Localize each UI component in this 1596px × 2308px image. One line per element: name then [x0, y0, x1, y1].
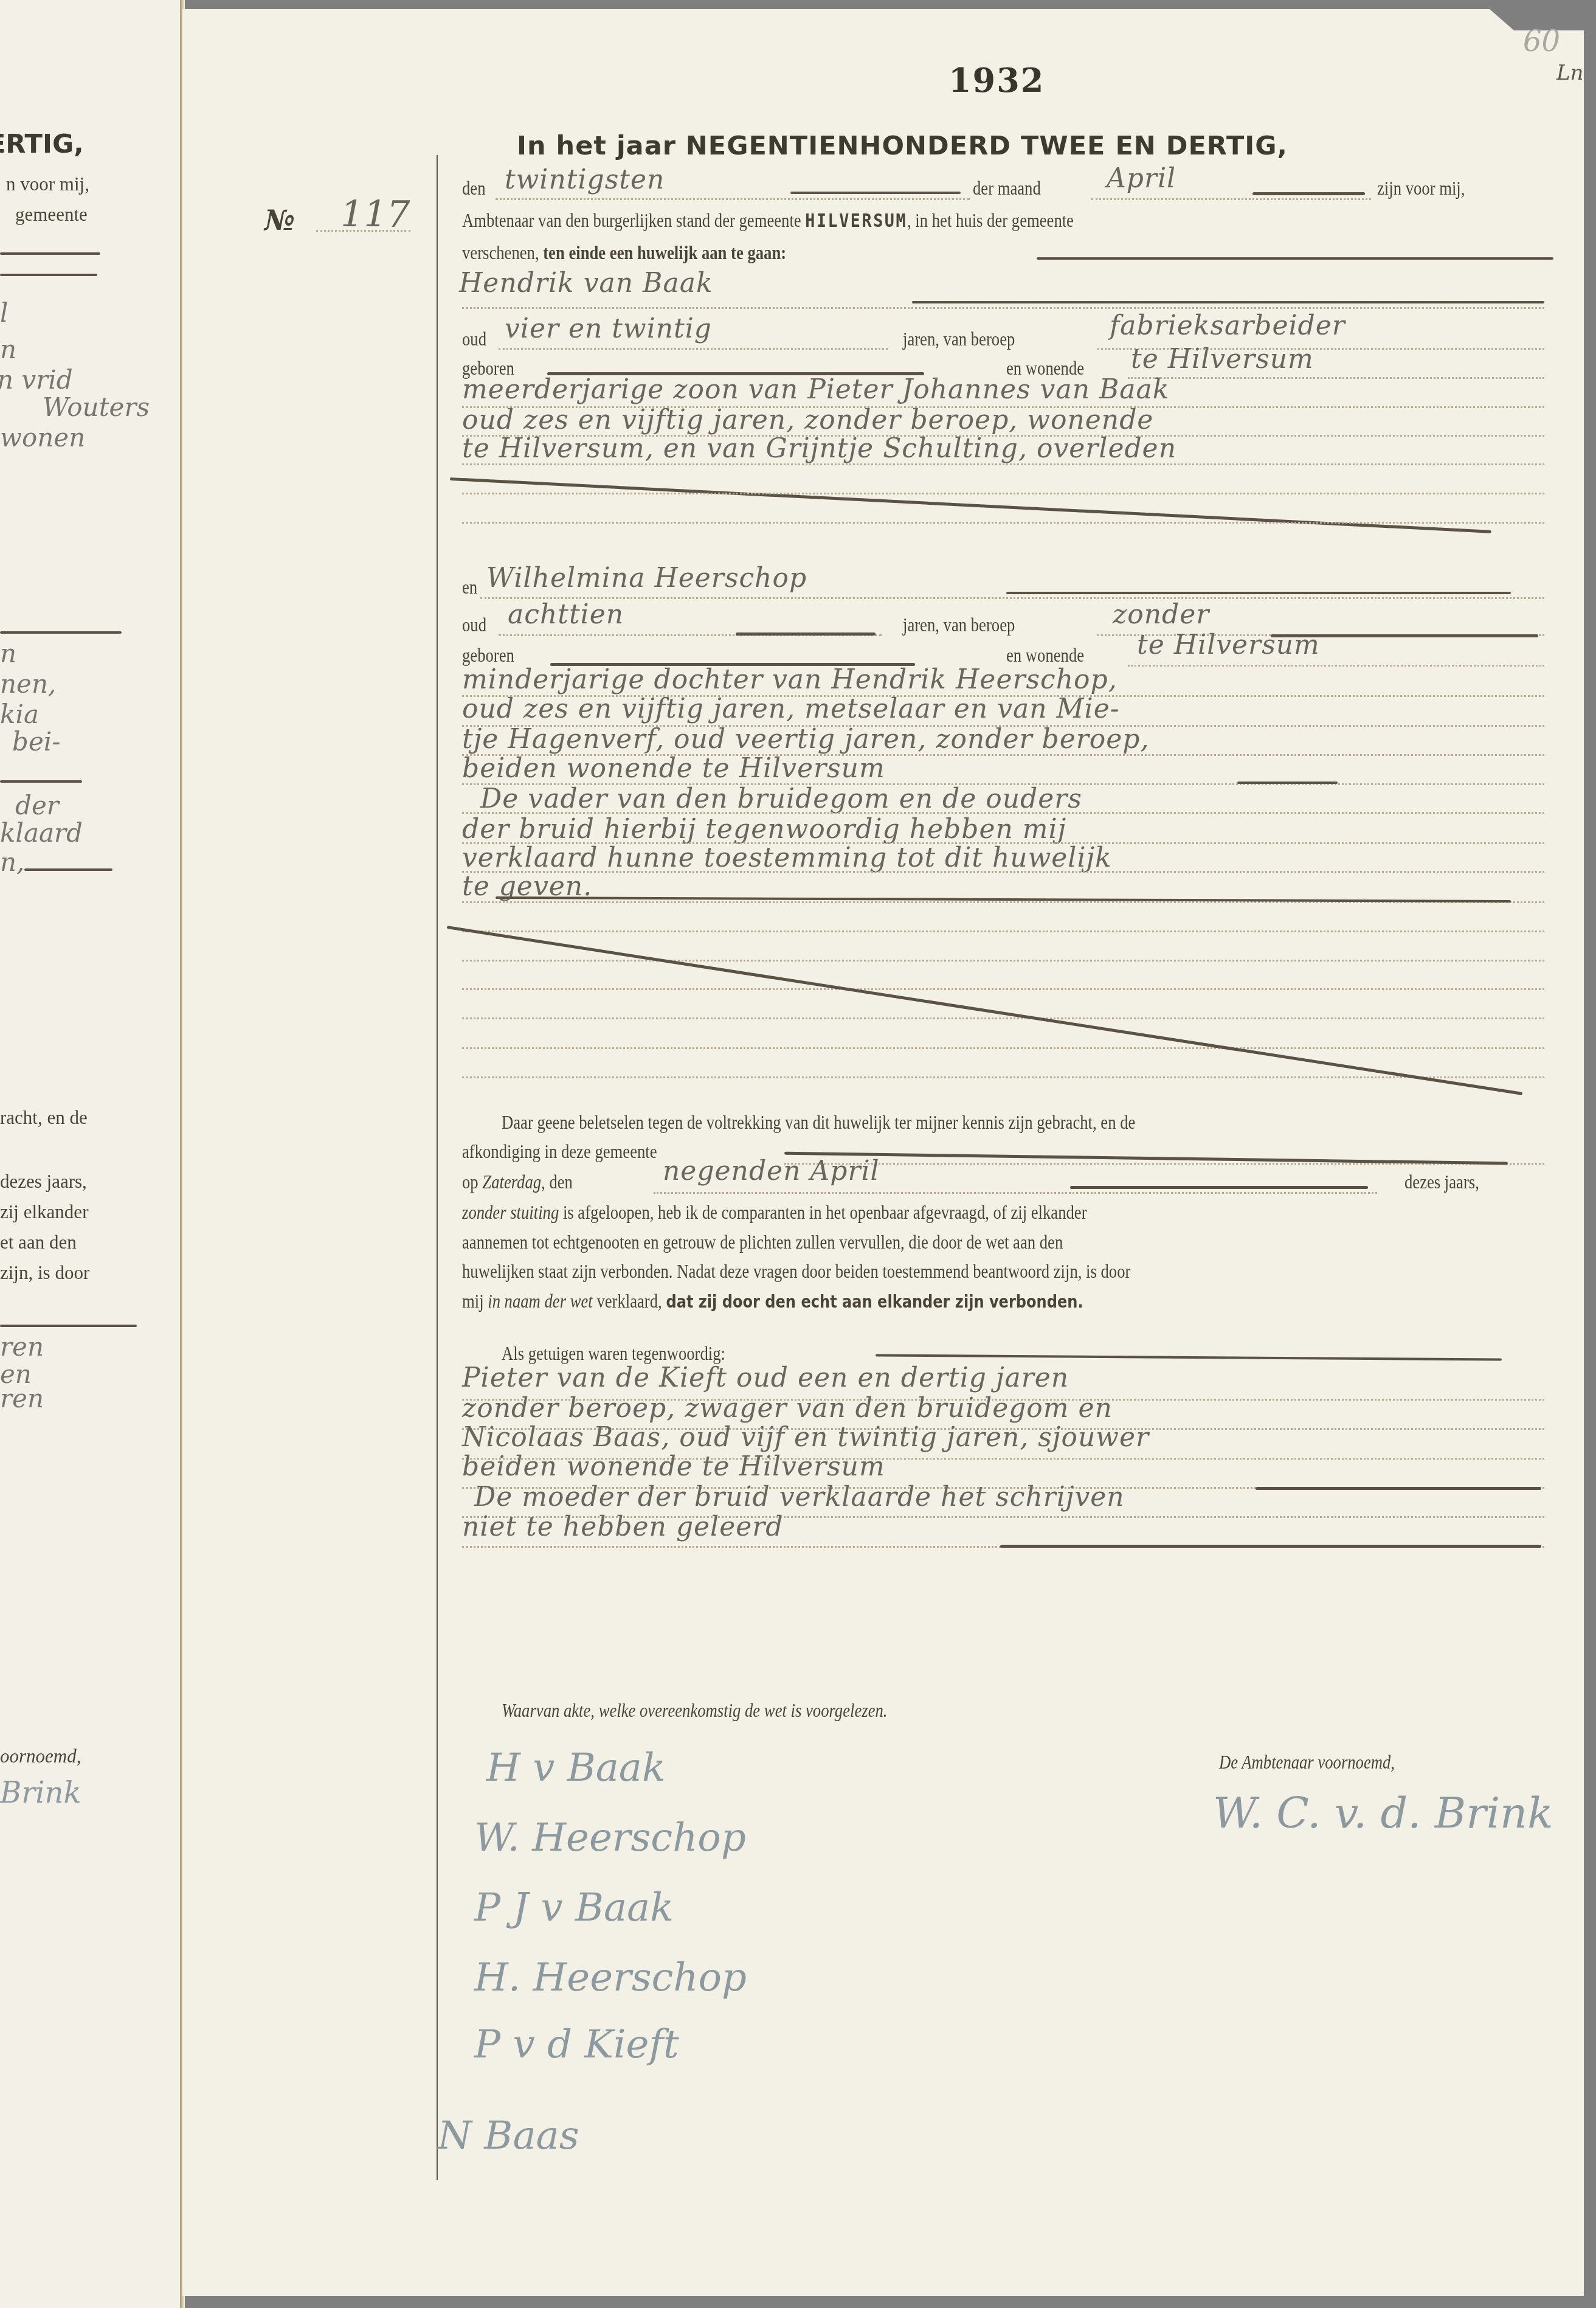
fill-line	[1006, 592, 1511, 594]
fill-line	[1070, 1186, 1368, 1189]
bride-en-label: en	[462, 577, 477, 598]
folio-number: 60	[1523, 24, 1560, 58]
signature-groom: H v Baak	[486, 1745, 666, 1790]
bride-detail-line: beiden wonende te Hilversum	[462, 753, 885, 784]
witness-line: De moeder der bruid verklaarde het schri…	[474, 1481, 1125, 1513]
fill-line	[790, 192, 961, 194]
witness-line: niet te hebben geleerd	[462, 1511, 783, 1542]
groom-age-label: oud	[462, 328, 486, 350]
left-handwriting: wonen	[0, 423, 85, 452]
proclamation-line: Daar geene beletselen tegen de voltrekki…	[502, 1112, 1135, 1134]
fill-line	[1237, 781, 1338, 784]
signature-bride-father: H. Heerschop	[474, 1955, 747, 2000]
opening-line-3: verschenen, ten einde een huwelijk aan t…	[462, 242, 786, 264]
consent-line: De vader van den bruidegom en de ouders	[480, 783, 1082, 814]
left-handwriting: nen,	[0, 669, 56, 699]
witness-line: Nicolaas Baas, oud vijf en twintig jaren…	[462, 1422, 1149, 1453]
left-handwriting: Wouters	[43, 392, 150, 422]
fill-line	[1000, 1545, 1541, 1548]
witness-line: beiden wonende te Hilversum	[462, 1451, 885, 1482]
bride-born-label: geboren	[462, 645, 514, 667]
fill-line	[1037, 257, 1553, 260]
den-label: den	[462, 178, 485, 199]
record-heading: In het jaar NEGENTIENHONDERD TWEE EN DER…	[517, 131, 1288, 161]
dotted-line	[462, 1047, 1544, 1049]
witness-line: Pieter van de Kieft oud een en dertig ja…	[462, 1362, 1069, 1393]
proclamation-line: afkondiging in deze gemeente	[462, 1141, 657, 1163]
dotted-line	[462, 960, 1544, 962]
left-handwriting: n vrid	[0, 365, 73, 395]
official-signature: W. C. v. d. Brink	[1213, 1788, 1553, 1838]
bride-name: Wilhelmina Heerschop	[486, 563, 807, 594]
dotted-line	[462, 1017, 1544, 1019]
left-handwriting: ren	[0, 1332, 44, 1362]
proclamation-line: zonder stuiting is afgeloopen, heb ik de…	[462, 1202, 1087, 1224]
dotted-line	[1128, 665, 1544, 667]
signature-witness-1: P v d Kieft	[474, 2022, 679, 2067]
bride-detail-line: minderjarige dochter van Hendrik Heersch…	[462, 664, 1118, 695]
proclamation-line-end: dezes jaars,	[1404, 1171, 1479, 1193]
dotted-line	[316, 230, 410, 232]
left-heading-fragment: ERTIG,	[0, 129, 84, 159]
groom-detail-line: oud zes en vijftig jaren, zonder beroep,…	[462, 404, 1153, 435]
left-handwriting: der	[15, 791, 59, 820]
witnesses-label: Als getuigen waren tegenwoordig:	[502, 1343, 725, 1365]
groom-detail-line: te Hilversum, en van Grijntje Schulting,…	[462, 433, 1176, 464]
left-handwriting: n	[0, 639, 16, 668]
consent-line: der bruid hierbij tegenwoordig hebben mi…	[462, 814, 1066, 845]
consent-line: verklaard hunne toestemming tot dit huwe…	[462, 842, 1112, 873]
bride-residence: te Hilversum	[1137, 629, 1320, 660]
left-fill-line	[0, 252, 100, 255]
dotted-line	[1128, 377, 1544, 379]
dotted-line	[462, 493, 1544, 494]
groom-age: vier en twintig	[505, 313, 712, 344]
dotted-line	[462, 1076, 1544, 1078]
dotted-line	[462, 463, 1544, 465]
dotted-line	[496, 198, 970, 200]
fill-line	[1256, 1487, 1541, 1490]
left-text-fragment: zijn, is door	[0, 1262, 89, 1284]
bride-residing-label: en wonende	[1006, 645, 1084, 667]
dotted-line	[1091, 198, 1371, 200]
left-text-fragment: dezes jaars,	[0, 1171, 87, 1193]
register-year: 1932	[948, 61, 1045, 100]
left-text-fragment: gemeente	[15, 204, 88, 226]
proclamation-line: huwelijken staat zijn verbonden. Nadat d…	[462, 1261, 1130, 1283]
left-text-fragment: zij elkander	[0, 1201, 88, 1223]
month-label: der maand	[973, 178, 1041, 199]
fill-line	[736, 632, 876, 636]
dotted-line	[462, 988, 1544, 990]
opening-line-2: Ambtenaar van den burgerlijken stand der…	[462, 210, 1456, 232]
groom-occupation: fabrieksarbeider	[1110, 310, 1346, 341]
witness-line: zonder beroep, zwager van den bruidegom …	[462, 1393, 1113, 1424]
left-text-fragment: et aan den	[0, 1232, 77, 1253]
left-text-fragment: oornoemd,	[0, 1745, 81, 1767]
act-number-label: №	[264, 204, 295, 237]
proclamation-line: aannemen tot echtgenooten en getrouw de …	[462, 1232, 1063, 1253]
signature-groom-father: P J v Baak	[474, 1885, 674, 1930]
proclamation-line: op Zaterdag, den	[462, 1171, 573, 1193]
bride-occupation: zonder	[1113, 599, 1209, 630]
dotted-line	[462, 871, 1544, 873]
left-text-fragment: racht, en de	[0, 1107, 88, 1129]
bride-detail-line: oud zes en vijftig jaren, metselaar en v…	[462, 693, 1120, 724]
margin-rule	[437, 155, 438, 2180]
left-handwriting: bei-	[12, 727, 60, 757]
bride-age: achttien	[508, 599, 624, 630]
folio-initial: Ln	[1556, 61, 1583, 85]
left-handwriting: ren	[0, 1384, 44, 1413]
left-handwriting: l	[0, 298, 8, 328]
appeared-label: zijn voor mij,	[1377, 178, 1465, 199]
bride-detail-line: tje Hagenverf, oud veertig jaren, zonder…	[462, 724, 1149, 755]
month-handwritten: April	[1107, 163, 1176, 194]
dotted-line	[462, 522, 1544, 524]
left-fill-line	[24, 868, 112, 871]
bride-age-label: oud	[462, 614, 486, 636]
left-page-fragment: ERTIG, n voor mij, gemeente l n n vrid W…	[0, 0, 182, 2308]
bride-occupation-label: jaren, van beroep	[903, 614, 1015, 636]
groom-occupation-label: jaren, van beroep	[903, 328, 1015, 350]
fill-line	[1252, 192, 1365, 195]
read-aloud-statement: Waarvan akte, welke overeenkomstig de we…	[502, 1700, 887, 1722]
left-handwriting: kia	[0, 699, 39, 729]
dotted-line	[462, 930, 1544, 932]
dotted-line	[480, 597, 1544, 599]
groom-residence: te Hilversum	[1131, 344, 1314, 375]
left-handwriting: n,	[0, 847, 24, 877]
left-fill-line	[0, 1325, 137, 1327]
left-handwriting: klaard	[0, 818, 83, 848]
dotted-line	[462, 307, 1544, 309]
proclamation-date: negenden April	[663, 1156, 880, 1187]
proclamation-line: mij in naam der wet verklaard, dat zij d…	[462, 1291, 1083, 1312]
left-signature-fragment: Brink	[0, 1776, 81, 1810]
day-handwritten: twintigsten	[505, 164, 665, 195]
official-label: De Ambtenaar voornoemd,	[1219, 1752, 1395, 1773]
left-handwriting: n	[0, 334, 16, 364]
left-fill-line	[0, 631, 122, 634]
left-fill-line	[0, 780, 82, 783]
signature-bride: W. Heerschop	[474, 1815, 746, 1860]
dotted-line	[654, 1192, 1377, 1194]
groom-detail-line: meerderjarige zoon van Pieter Johannes v…	[462, 374, 1169, 405]
fill-line	[912, 301, 1544, 303]
left-text-fragment: n voor mij,	[6, 173, 89, 195]
municipality-name: HILVERSUM	[805, 210, 907, 232]
dotted-line	[499, 348, 888, 350]
groom-name: Hendrik van Baak	[459, 268, 713, 299]
left-fill-line	[0, 274, 97, 276]
signature-witness-2: N Baas	[438, 2113, 579, 2158]
